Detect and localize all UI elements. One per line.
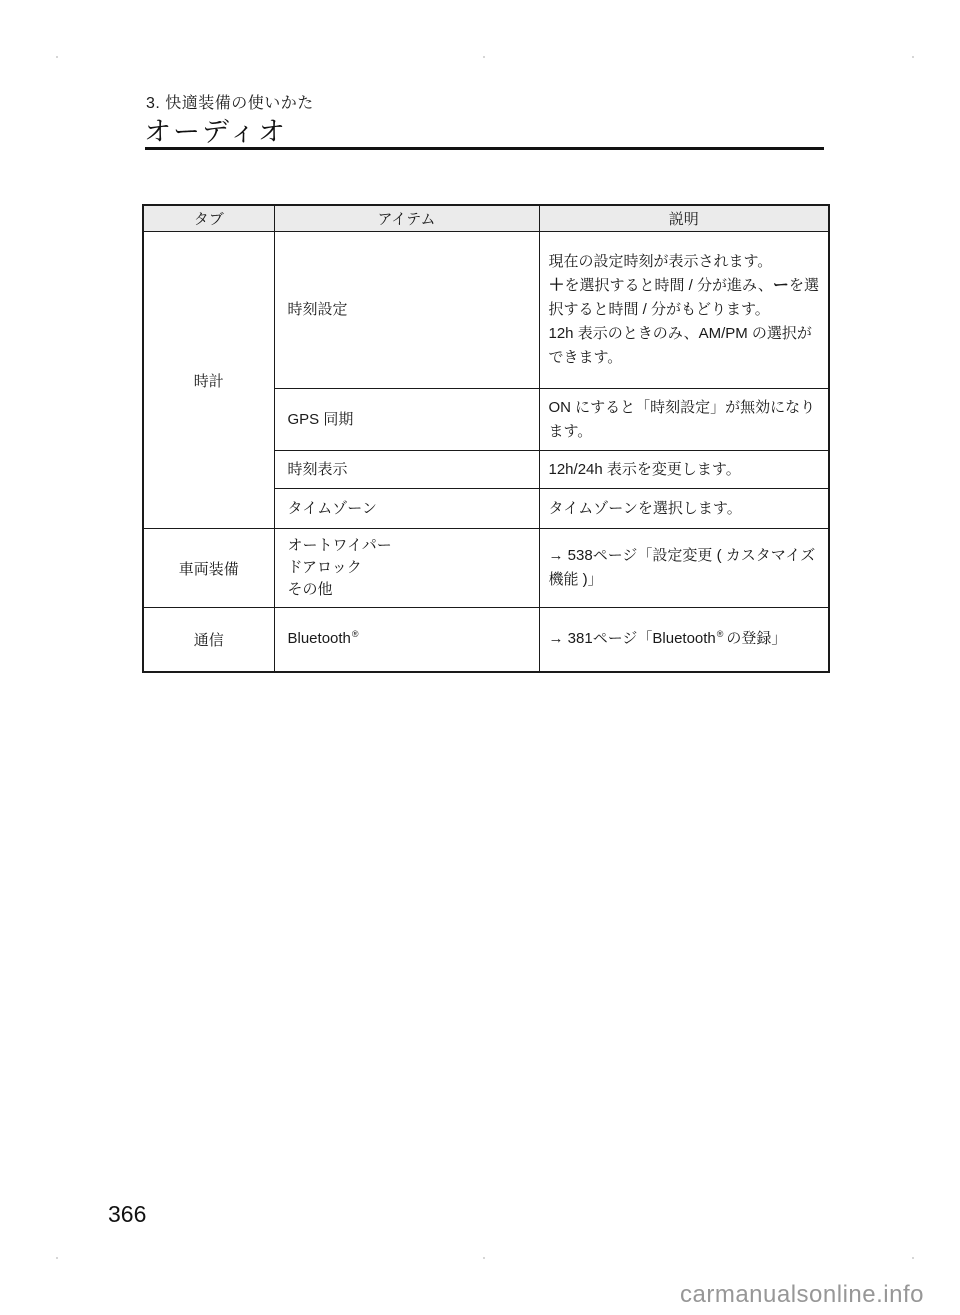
cell-tab-vehicle-equipment: 車両装備	[143, 529, 274, 608]
table-header-row: タブ アイテム 説明	[143, 205, 829, 232]
registration-mark	[912, 1257, 914, 1259]
cell-tab-communication: 通信	[143, 608, 274, 672]
desc-line: 12h 表示のときのみ、AM/PM の選択ができます。	[549, 322, 821, 370]
column-header-description: 説明	[539, 205, 829, 232]
cell-item-bluetooth: Bluetooth®	[274, 608, 539, 672]
manual-page: 3. 快適装備の使いかた オーディオ タブ アイテム 説明 時計 時刻設定 現在…	[0, 0, 960, 1315]
registration-mark	[483, 1257, 485, 1259]
item-line: オートワイパー	[288, 535, 531, 557]
title-underline	[145, 147, 824, 150]
table-row: 時計 時刻設定 現在の設定時刻が表示されます。 ＋を選択すると時間 / 分が進み…	[143, 232, 829, 389]
cell-desc-timezone: タイムゾーンを選択します。	[539, 489, 829, 529]
cell-item-gps-sync: GPS 同期	[274, 389, 539, 451]
cell-item-time-setting: 時刻設定	[274, 232, 539, 389]
cell-item-vehicle-equipment: オートワイパー ドアロック その他	[274, 529, 539, 608]
cell-tab-clock: 時計	[143, 232, 274, 529]
cell-item-time-display: 時刻表示	[274, 451, 539, 489]
registration-mark	[56, 56, 58, 58]
column-header-item: アイテム	[274, 205, 539, 232]
plus-icon: ＋	[549, 277, 565, 294]
table-row: 通信 Bluetooth® → 381ページ「Bluetooth®の登録」	[143, 608, 829, 672]
page-title: オーディオ	[144, 110, 287, 149]
page-number: 366	[108, 1201, 146, 1228]
minus-icon: ー	[773, 277, 789, 294]
watermark: carmanualsonline.info	[680, 1281, 924, 1309]
registered-trademark-icon: ®	[717, 629, 724, 639]
cell-desc-gps-sync: ON にすると「時刻設定」が無効になります。	[539, 389, 829, 451]
cell-item-timezone: タイムゾーン	[274, 489, 539, 529]
registration-mark	[912, 56, 914, 58]
item-line: その他	[288, 579, 531, 601]
column-header-tab: タブ	[143, 205, 274, 232]
table-row: 車両装備 オートワイパー ドアロック その他 → 538ページ「設定変更 ( カ…	[143, 529, 829, 608]
desc-line: ＋を選択すると時間 / 分が進み、ーを選択すると時間 / 分がもどります。	[549, 274, 821, 322]
cell-desc-vehicle-equipment: → 538ページ「設定変更 ( カスタマイズ機能 )」	[539, 529, 829, 608]
registered-trademark-icon: ®	[352, 629, 359, 639]
cell-desc-time-setting: 現在の設定時刻が表示されます。 ＋を選択すると時間 / 分が進み、ーを選択すると…	[539, 232, 829, 389]
item-line: ドアロック	[288, 557, 531, 579]
registration-mark	[56, 1257, 58, 1259]
cell-desc-bluetooth: → 381ページ「Bluetooth®の登録」	[539, 608, 829, 672]
desc-line: 現在の設定時刻が表示されます。	[549, 250, 821, 274]
registration-mark	[483, 56, 485, 58]
audio-settings-table: タブ アイテム 説明 時計 時刻設定 現在の設定時刻が表示されます。 ＋を選択す…	[142, 204, 830, 673]
cell-desc-time-display: 12h/24h 表示を変更します。	[539, 451, 829, 489]
